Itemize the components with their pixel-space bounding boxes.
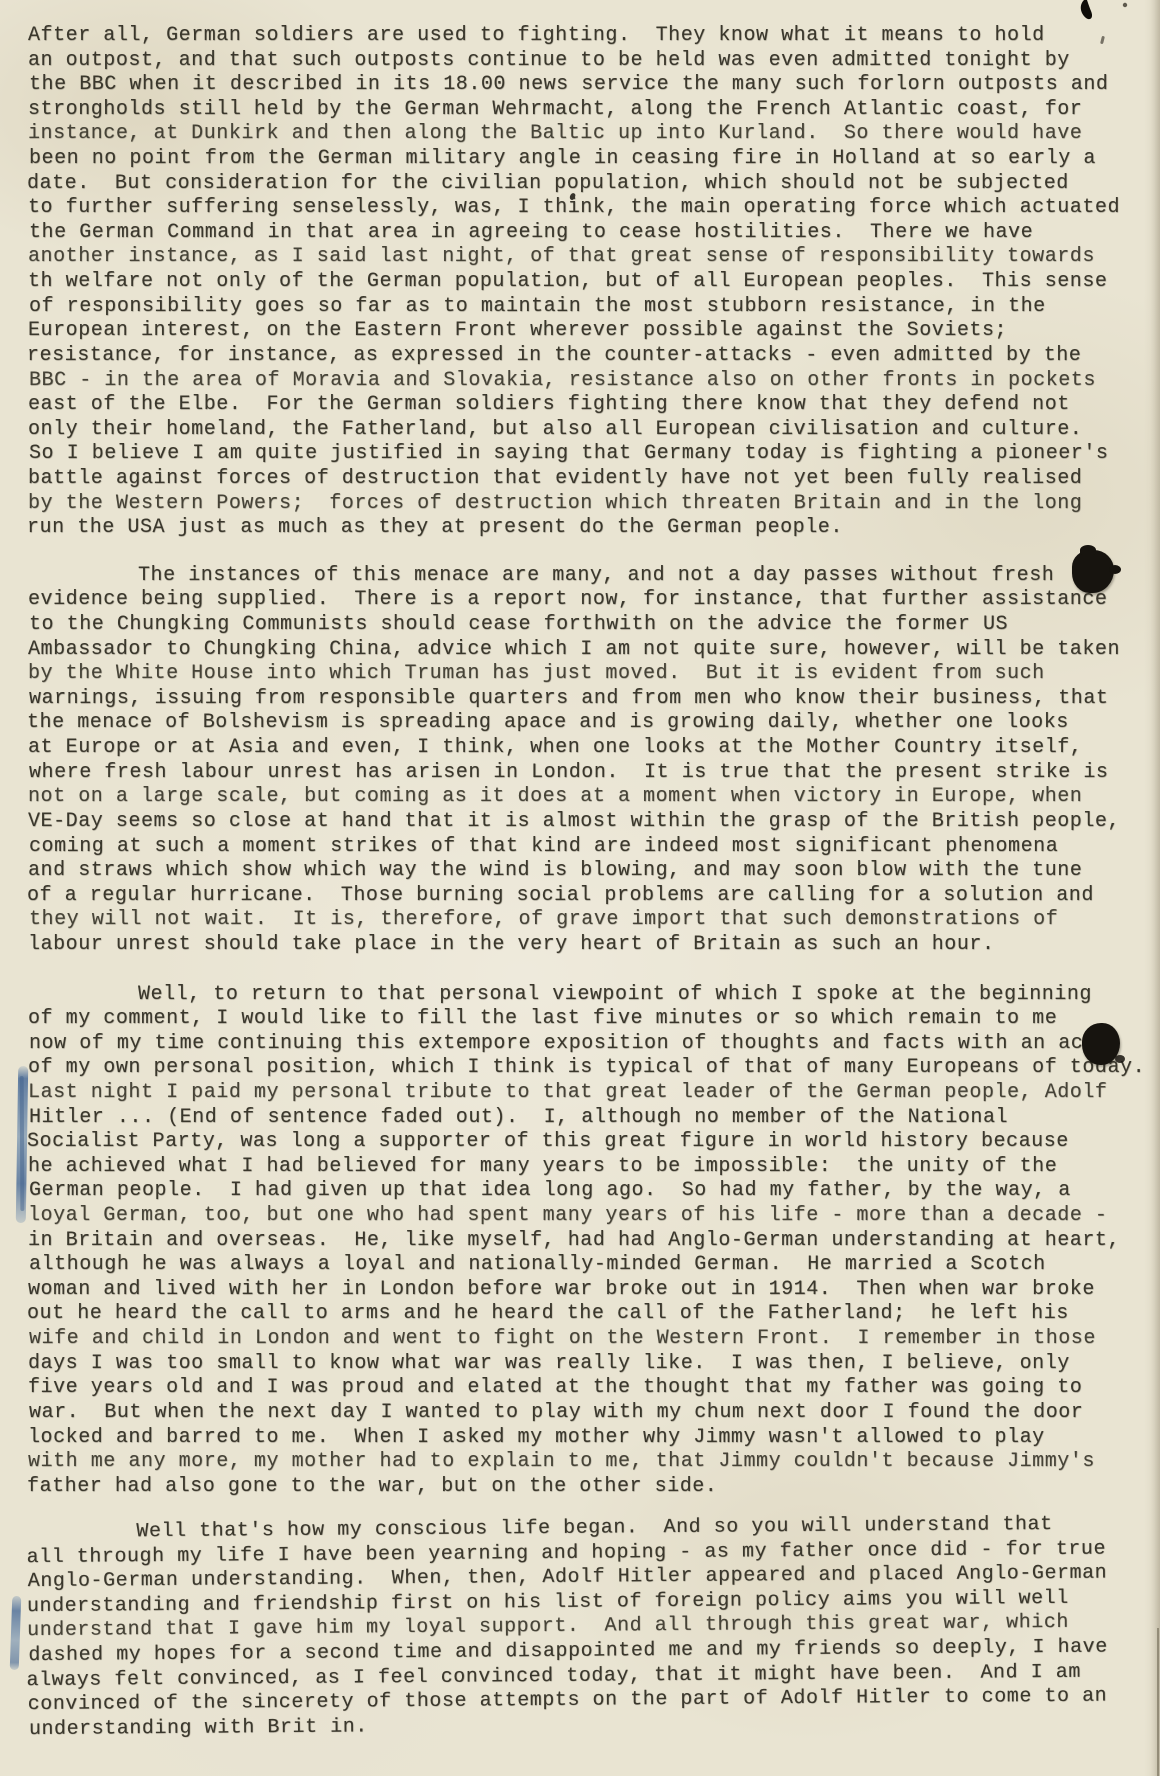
text-line: Ambassador to Chungking China, advice wh…	[28, 638, 1154, 663]
document-body: After all, German soldiers are used to f…	[28, 24, 1154, 1742]
text-line: in Britain and overseas. He, like myself…	[28, 1229, 1154, 1254]
text-line: by the Western Powers; forces of destruc…	[28, 492, 1154, 517]
text-line: he achieved what I had believed for many…	[28, 1155, 1154, 1180]
text-line: the menace of Bolshevism is spreading ap…	[27, 711, 1154, 736]
text-line: instance, at Dunkirk and then along the …	[28, 122, 1154, 147]
text-line: So I believe I am quite justified in say…	[29, 442, 1154, 467]
text-line: coming at such a moment strikes of that …	[29, 835, 1154, 860]
text-line: although he was always a loyal and natio…	[29, 1253, 1154, 1278]
text-line: loyal German, too, but one who had spent…	[28, 1204, 1154, 1229]
text-line: war. But when the next day I wanted to p…	[29, 1401, 1154, 1426]
text-line: by the White House into which Truman has…	[28, 662, 1154, 687]
text-line: another instance, as I said last night, …	[28, 245, 1154, 270]
text-line: Socialist Party, was long a supporter of…	[27, 1130, 1154, 1155]
text-line: evidence being supplied. There is a repo…	[28, 588, 1154, 613]
text-line: of my own personal position, which I thi…	[28, 1056, 1154, 1081]
text-line: th welfare not only of the German popula…	[28, 270, 1154, 295]
text-line: Well, to return to that personal viewpoi…	[28, 983, 1154, 1008]
text-line: BBC - in the area of Moravia and Slovaki…	[29, 369, 1154, 394]
paragraph: Well that's how my conscious life began.…	[26, 1513, 1154, 1743]
text-line: and straws which show which way the wind…	[28, 859, 1154, 884]
text-line: the BBC when it described in its 18.00 n…	[29, 73, 1154, 98]
text-line: locked and barred to me. When I asked my…	[28, 1426, 1154, 1451]
text-line: European interest, on the Eastern Front …	[28, 319, 1154, 344]
text-line: VE-Day seems so close at hand that it is…	[28, 810, 1154, 835]
text-line: only their homeland, the Fatherland, but…	[28, 418, 1154, 443]
text-line: out he heard the call to arms and he hea…	[27, 1302, 1154, 1327]
ink-blot	[1082, 1023, 1120, 1065]
text-line: date. But consideration for the civilian…	[27, 172, 1154, 197]
text-line: father had also gone to the war, but on …	[27, 1475, 1154, 1500]
text-line: days I was too small to know what war wa…	[28, 1352, 1154, 1377]
text-line: an outpost, and that such outposts conti…	[28, 49, 1154, 74]
text-line: been no point from the German military a…	[29, 147, 1154, 172]
text-line: where fresh labour unrest has arisen in …	[29, 761, 1154, 786]
paragraph: After all, German soldiers are used to f…	[28, 24, 1154, 541]
text-line: of my comment, I would like to fill the …	[28, 1007, 1154, 1032]
text-line: east of the Elbe. For the German soldier…	[28, 393, 1154, 418]
text-line: to the Chungking Communists should cease…	[29, 613, 1154, 638]
text-line: not on a large scale, but coming as it d…	[28, 785, 1154, 810]
text-line: The instances of this menace are many, a…	[28, 564, 1154, 589]
text-line: warnings, issuing from responsible quart…	[29, 687, 1154, 712]
text-line: now of my time continuing this extempore…	[29, 1032, 1154, 1057]
text-line: Hitler ... (End of sentence faded out). …	[29, 1106, 1154, 1131]
page-edge-shade	[1150, 0, 1160, 1776]
text-line: of responsibility goes so far as to main…	[29, 295, 1154, 320]
text-line: five years old and I was proud and elate…	[28, 1376, 1154, 1401]
text-line: at Europe or at Asia and even, I think, …	[28, 736, 1154, 761]
paragraph: Well, to return to that personal viewpoi…	[28, 983, 1154, 1500]
text-line: they will not wait. It is, therefore, of…	[29, 908, 1154, 933]
text-line: wife and child in London and went to fig…	[29, 1327, 1154, 1352]
text-line: of a regular hurricane. Those burning so…	[27, 884, 1154, 909]
margin-annotation-line	[10, 1596, 22, 1670]
text-line: to further suffering senselessly, was, I…	[28, 196, 1154, 221]
text-line: woman and lived with her in London befor…	[28, 1278, 1154, 1303]
margin-annotation-line	[16, 1066, 28, 1223]
text-line: German people. I had given up that idea …	[29, 1179, 1154, 1204]
text-line: the German Command in that area in agree…	[29, 221, 1154, 246]
text-line: Last night I paid my personal tribute to…	[28, 1081, 1154, 1106]
pen-stroke-shape	[1081, 0, 1092, 19]
text-line: run the USA just as much as they at pres…	[27, 516, 1154, 541]
text-line: strongholds still held by the German Weh…	[28, 98, 1154, 123]
text-line: After all, German soldiers are used to f…	[28, 24, 1154, 49]
ink-dot	[1123, 3, 1127, 7]
paragraph: The instances of this menace are many, a…	[28, 564, 1154, 958]
text-line: resistance, for instance, as expressed i…	[27, 344, 1154, 369]
text-line: labour unrest should take place in the v…	[28, 933, 1154, 958]
text-line: with me any more, my mother had to expla…	[28, 1450, 1154, 1475]
text-line: battle against forces of destruction tha…	[28, 467, 1154, 492]
document-page: After all, German soldiers are used to f…	[0, 0, 1160, 1776]
